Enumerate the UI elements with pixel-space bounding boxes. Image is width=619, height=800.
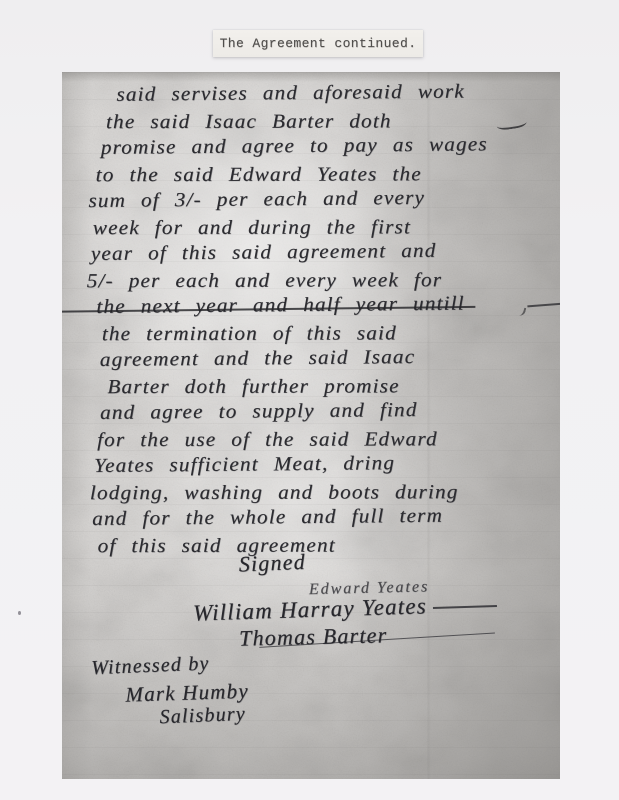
handwriting-line: year of this said agreement and	[62, 236, 560, 267]
album-page: The Agreement continued. said servises a…	[0, 0, 619, 800]
caption-label: The Agreement continued.	[220, 36, 417, 51]
signature-william-harray-yeates: William Harray Yeates	[193, 591, 498, 627]
witnessed-by-label: Witnessed by	[91, 652, 210, 680]
handwriting-line: promise and agree to pay as wages	[62, 130, 560, 161]
caption-slip: The Agreement continued.	[213, 30, 423, 57]
signed-heading: Signed	[238, 549, 306, 578]
signature-text: William Harray Yeates	[193, 593, 428, 625]
handwriting-line: of this said agreement	[63, 531, 560, 559]
handwriting-line: agreement and the said Isaac	[62, 342, 560, 373]
handwriting-line-struck: the next year and half year untill	[62, 289, 560, 320]
handwriting-line: and agree to supply and find	[62, 395, 560, 426]
witness-place: Salisbury	[159, 703, 246, 729]
signature-flourish-dash	[433, 605, 497, 609]
handwritten-text: said servises and aforesaid work the sai…	[62, 72, 560, 779]
document-photocopy: said servises and aforesaid work the sai…	[62, 72, 560, 779]
handwriting-line: said servises and aforesaid work	[62, 77, 560, 108]
dust-speck	[18, 611, 21, 615]
handwriting-line: Yeates sufficient Meat, dring	[62, 448, 560, 479]
handwriting-line: and for the whole and full term	[62, 501, 560, 532]
agreement-body: said servises and aforesaid work the sai…	[62, 80, 560, 560]
handwriting-line: sum of 3/- per each and every	[62, 183, 560, 214]
